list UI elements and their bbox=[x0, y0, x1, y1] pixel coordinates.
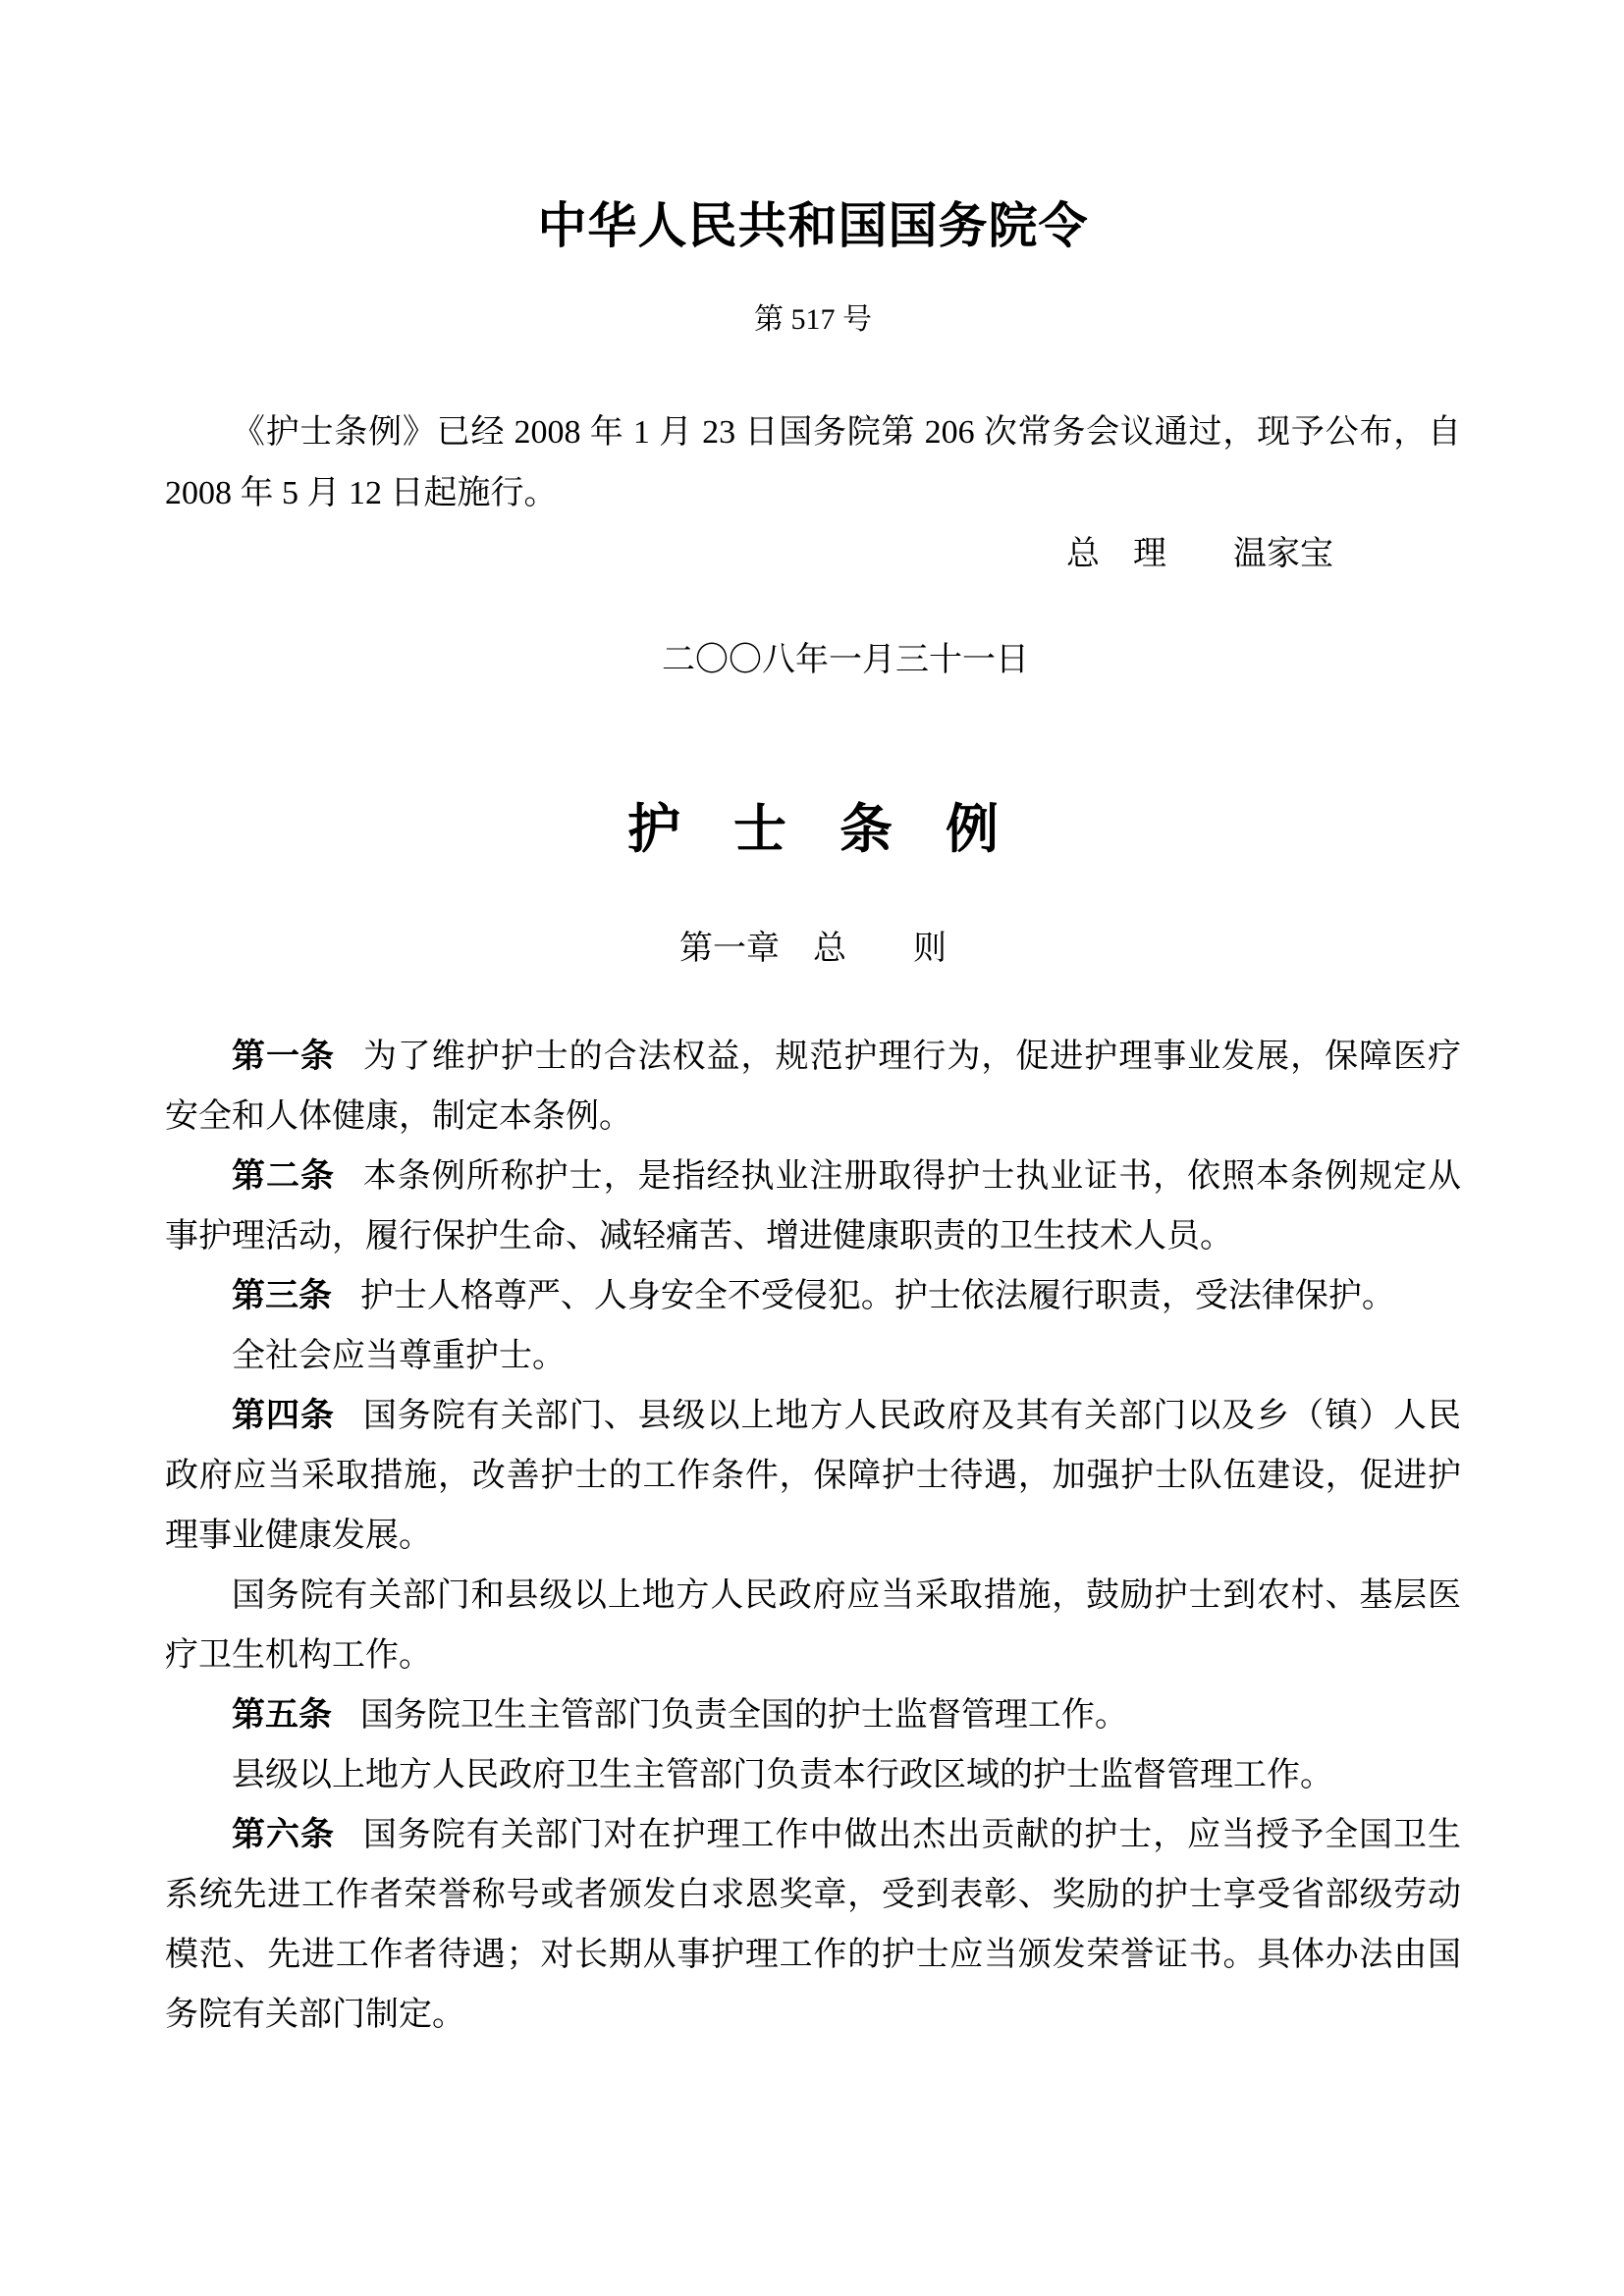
decree-number: 第 517 号 bbox=[165, 298, 1461, 342]
article-4-subparagraph: 国务院有关部门和县级以上地方人民政府应当采取措施，鼓励护士到农村、基层医疗卫生机… bbox=[165, 1566, 1461, 1685]
article-5-subparagraph: 县级以上地方人民政府卫生主管部门负责本行政区域的护士监督管理工作。 bbox=[165, 1745, 1461, 1805]
article-6-paragraph: 第六条国务院有关部门对在护理工作中做出杰出贡献的护士，应当授予全国卫生系统先进工… bbox=[165, 1805, 1461, 2045]
article-6-label: 第六条 bbox=[232, 1817, 335, 1853]
premier-signature-line: 总 理 温家宝 bbox=[165, 524, 1461, 585]
promulgation-date: 二〇〇八年一月三十一日 bbox=[165, 640, 1461, 681]
article-4-label: 第四条 bbox=[232, 1398, 335, 1434]
article-1-paragraph: 第一条为了维护护士的合法权益，规范护理行为，促进护理事业发展，保障医疗安全和人体… bbox=[165, 1027, 1461, 1147]
article-2-text: 本条例所称护士，是指经执业注册取得护士执业证书，依照本条例规定从事护理活动，履行… bbox=[165, 1158, 1461, 1255]
article-5-paragraph: 第五条国务院卫生主管部门负责全国的护士监督管理工作。 bbox=[165, 1685, 1461, 1745]
decree-title: 中华人民共和国国务院令 bbox=[165, 196, 1461, 255]
regulation-title: 护 士 条 例 bbox=[165, 795, 1461, 864]
article-3-subparagraph: 全社会应当尊重护士。 bbox=[165, 1326, 1461, 1386]
article-2-label: 第二条 bbox=[232, 1158, 335, 1195]
promulgation-paragraph: 《护士条例》已经 2008 年 1 月 23 日国务院第 206 次常务会议通过… bbox=[165, 402, 1461, 524]
article-4-subparagraph-text: 国务院有关部门和县级以上地方人民政府应当采取措施，鼓励护士到农村、基层医疗卫生机… bbox=[165, 1577, 1461, 1674]
article-6-text: 国务院有关部门对在护理工作中做出杰出贡献的护士，应当授予全国卫生系统先进工作者荣… bbox=[165, 1817, 1461, 2033]
document-page: 中华人民共和国国务院令 第 517 号 《护士条例》已经 2008 年 1 月 … bbox=[0, 0, 1624, 2296]
article-5-subparagraph-text: 县级以上地方人民政府卫生主管部门负责本行政区域的护士监督管理工作。 bbox=[232, 1757, 1333, 1793]
article-1-label: 第一条 bbox=[232, 1039, 335, 1075]
article-1-text: 为了维护护士的合法权益，规范护理行为，促进护理事业发展，保障医疗安全和人体健康，… bbox=[165, 1039, 1461, 1135]
article-4-text: 国务院有关部门、县级以上地方人民政府及其有关部门以及乡（镇）人民政府应当采取措施… bbox=[165, 1398, 1461, 1554]
chapter-1-heading: 第一章 总 则 bbox=[165, 927, 1461, 972]
article-3-paragraph: 第三条护士人格尊严、人身安全不受侵犯。护士依法履行职责，受法律保护。 bbox=[165, 1266, 1461, 1326]
article-2-paragraph: 第二条本条例所称护士，是指经执业注册取得护士执业证书，依照本条例规定从事护理活动… bbox=[165, 1147, 1461, 1266]
articles-section: 第一条为了维护护士的合法权益，规范护理行为，促进护理事业发展，保障医疗安全和人体… bbox=[165, 1027, 1461, 2045]
article-3-subparagraph-text: 全社会应当尊重护士。 bbox=[232, 1338, 566, 1374]
article-5-text: 国务院卫生主管部门负责全国的护士监督管理工作。 bbox=[360, 1697, 1128, 1734]
article-3-label: 第三条 bbox=[232, 1278, 332, 1314]
article-3-text: 护士人格尊严、人身安全不受侵犯。护士依法履行职责，受法律保护。 bbox=[360, 1278, 1395, 1314]
article-4-paragraph: 第四条国务院有关部门、县级以上地方人民政府及其有关部门以及乡（镇）人民政府应当采… bbox=[165, 1386, 1461, 1566]
article-5-label: 第五条 bbox=[232, 1697, 332, 1734]
